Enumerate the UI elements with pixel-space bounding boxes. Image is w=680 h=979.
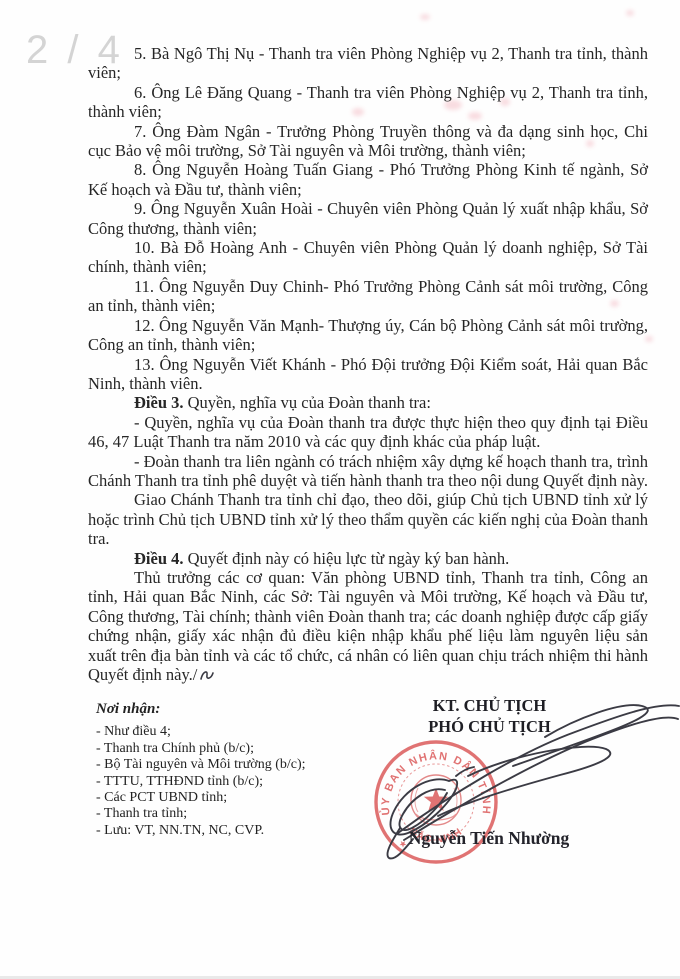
article-3-bullet-1: - Quyền, nghĩa vụ của Đoàn thanh tra đượ…: [88, 413, 648, 452]
recipient-item: - Thanh tra Chính phủ (b/c);: [96, 741, 366, 757]
member-item-12: 12. Ông Nguyễn Văn Mạnh- Thượng úy, Cán …: [88, 316, 648, 355]
article-3-bullet-2: - Đoàn thanh tra liên ngành có trách nhi…: [88, 452, 648, 491]
document-body: 5. Bà Ngô Thị Nụ - Thanh tra viên Phòng …: [88, 44, 648, 684]
article-4-body: Thủ trưởng các cơ quan: Văn phòng UBND t…: [88, 568, 648, 684]
member-item-11: 11. Ông Nguyễn Duy Chinh- Phó Trưởng Phò…: [88, 277, 648, 316]
recipient-item: - Lưu: VT, NN.TN, NC, CVP.: [96, 823, 366, 839]
recipient-item: - Các PCT UBND tỉnh;: [96, 790, 366, 806]
member-item-10: 10. Bà Đỗ Hoàng Anh - Chuyên viên Phòng …: [88, 238, 648, 277]
recipient-item: - Thanh tra tỉnh;: [96, 806, 366, 822]
article-3-note: Giao Chánh Thanh tra tỉnh chỉ đạo, theo …: [88, 490, 648, 548]
signer-name: Nguyễn Tiến Nhường: [383, 828, 595, 849]
article-3-label: Điều 3.: [134, 393, 184, 412]
handwritten-flourish: [199, 668, 215, 682]
article-4-heading: Điều 4. Quyết định này có hiệu lực từ ng…: [88, 549, 648, 568]
member-item-9: 9. Ông Nguyễn Xuân Hoài - Chuyên viên Ph…: [88, 199, 648, 238]
member-item-6: 6. Ông Lê Đăng Quang - Thanh tra viên Ph…: [88, 83, 648, 122]
recipient-item: - Như điều 4;: [96, 724, 366, 740]
member-item-13: 13. Ông Nguyễn Viết Khánh - Phó Đội trưở…: [88, 355, 648, 394]
article-3-title: Quyền, nghĩa vụ của Đoàn thanh tra:: [184, 393, 431, 412]
member-item-7: 7. Ông Đàm Ngân - Trưởng Phòng Truyền th…: [88, 122, 648, 161]
member-item-8: 8. Ông Nguyễn Hoàng Tuấn Giang - Phó Trư…: [88, 160, 648, 199]
recipient-item: - Bộ Tài nguyên và Môi trường (b/c);: [96, 757, 366, 773]
recipient-item: - TTTU, TTHĐND tỉnh (b/c);: [96, 774, 366, 790]
article-4-label: Điều 4.: [134, 549, 184, 568]
article-4-title: Quyết định này có hiệu lực từ ngày ký ba…: [184, 549, 510, 568]
article-3-heading: Điều 3. Quyền, nghĩa vụ của Đoàn thanh t…: [88, 393, 648, 412]
recipients-heading: Nơi nhận:: [96, 701, 366, 717]
recipients-block: Nơi nhận: - Như điều 4; - Thanh tra Chín…: [96, 701, 366, 839]
document-page: 2 / 4 5. Bà Ngô Thị Nụ - Thanh tra viên …: [0, 0, 680, 979]
stamp-bleed-mark: [626, 10, 634, 16]
stamp-bleed-mark: [420, 14, 430, 20]
member-item-5: 5. Bà Ngô Thị Nụ - Thanh tra viên Phòng …: [88, 44, 648, 83]
